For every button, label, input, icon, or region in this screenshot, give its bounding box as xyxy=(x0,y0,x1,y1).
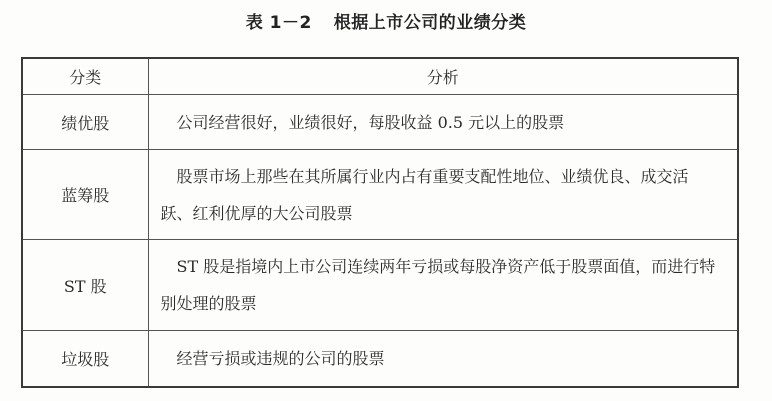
classification-table: 分类 分析 绩优股 公司经营很好，业绩很好，每股收益 0.5 元以上的股票 蓝筹… xyxy=(21,57,739,388)
table-row: ST 股 ST 股是指境内上市公司连续两年亏损或每股净资产低于股票面值，而进行特… xyxy=(22,240,738,331)
category-cell: 蓝筹股 xyxy=(22,150,148,240)
header-category: 分类 xyxy=(22,58,148,95)
analysis-cell: 股票市场上那些在其所属行业内占有重要支配性地位、业绩优良、成交活跃、红利优厚的大… xyxy=(148,150,738,240)
table-header-row: 分类 分析 xyxy=(22,58,738,95)
analysis-cell: 公司经营很好，业绩很好，每股收益 0.5 元以上的股票 xyxy=(148,95,738,150)
table-title: 根据上市公司的业绩分类 xyxy=(334,13,527,33)
classification-table-container: 分类 分析 绩优股 公司经营很好，业绩很好，每股收益 0.5 元以上的股票 蓝筹… xyxy=(21,57,737,385)
table-caption: 表 1－2根据上市公司的业绩分类 xyxy=(0,10,772,36)
category-cell: 绩优股 xyxy=(22,95,148,150)
table-row: 垃圾股 经营亏损或违规的公司的股票 xyxy=(22,331,738,387)
category-cell: ST 股 xyxy=(22,240,148,331)
table-row: 蓝筹股 股票市场上那些在其所属行业内占有重要支配性地位、业绩优良、成交活跃、红利… xyxy=(22,150,738,240)
analysis-cell: ST 股是指境内上市公司连续两年亏损或每股净资产低于股票面值，而进行特别处理的股… xyxy=(148,240,738,331)
table-number: 表 1－2 xyxy=(246,13,312,33)
header-analysis: 分析 xyxy=(148,58,738,95)
table-row: 绩优股 公司经营很好，业绩很好，每股收益 0.5 元以上的股票 xyxy=(22,95,738,150)
category-cell: 垃圾股 xyxy=(22,331,148,387)
analysis-cell: 经营亏损或违规的公司的股票 xyxy=(148,331,738,387)
